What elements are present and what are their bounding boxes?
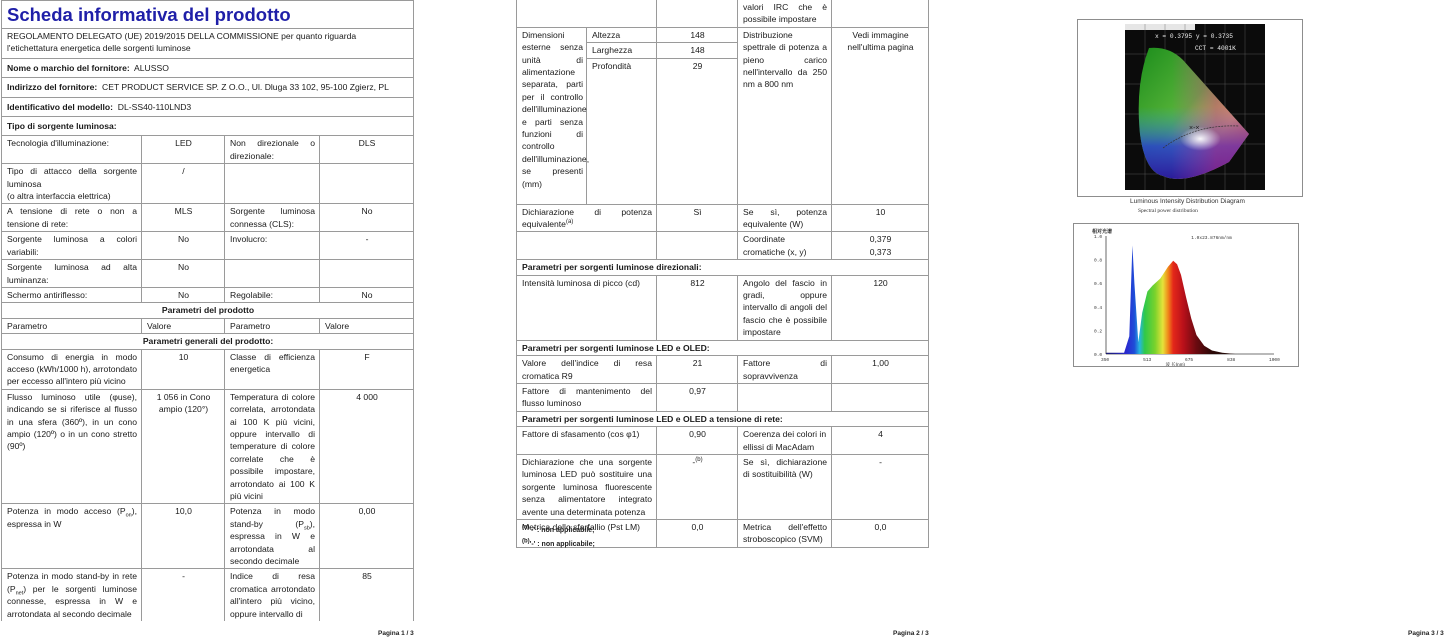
figure-caption: Spectral power distribution [1138, 208, 1198, 214]
general-params-header: Parametri generali del prodotto: [2, 334, 414, 349]
col-header: Parametro [2, 318, 142, 333]
supplier-name: ALUSSO [134, 63, 169, 73]
table-row: Tipo di attacco della sorgente luminosa … [2, 164, 414, 204]
svg-text:0.6: 0.6 [1094, 281, 1102, 287]
cie-chromaticity-figure: ×‑× x = 0.3795 y = 0.3735 CCT = 4001K [1077, 19, 1303, 197]
product-info-table: Scheda informativa del prodotto REGOLAME… [1, 0, 414, 621]
page-number: Pagina 1 / 3 [378, 630, 414, 637]
table-row: Intensità luminosa di picco (cd) 812 Ang… [517, 275, 929, 340]
led-header: Parametri per sorgenti luminose LED e OL… [517, 340, 929, 355]
footnote-a: (a)'-' : non applicabile; [522, 527, 595, 534]
svg-text:838: 838 [1227, 357, 1235, 363]
product-info-table-continued: valori IRC che è possibile impostare Dim… [516, 0, 929, 548]
supplier-address-row: Indirizzo del fornitore: CET PRODUCT SER… [2, 78, 414, 97]
cie-diagram: ×‑× x = 0.3795 y = 0.3735 CCT = 4001K [1125, 24, 1265, 190]
source-type-header: Tipo di sorgente luminosa: [2, 117, 414, 136]
table-row: Schermo antiriflesso:NoRegolabile:No [2, 287, 414, 302]
svg-text:675: 675 [1185, 357, 1193, 363]
svg-text:350: 350 [1101, 357, 1109, 363]
footnote-b: (b)'-' : non applicabile; [522, 541, 595, 548]
svg-text:波 长(nm): 波 长(nm) [1165, 361, 1185, 366]
product-params-header: Parametri del prodotto [2, 303, 414, 318]
table-row: Coordinate cromatiche (x, y) 0,3790,373 [517, 232, 929, 260]
page-number: Pagina 3 / 3 [1408, 630, 1444, 637]
table-row: Potenza in modo acceso (Pon), espressa i… [2, 504, 414, 569]
svg-text:相对光谱: 相对光谱 [1092, 228, 1112, 235]
table-row: Tecnologia d'illuminazione:LEDNon direzi… [2, 136, 414, 164]
svg-text:0.4: 0.4 [1094, 305, 1102, 311]
table-row: Fattore di sfasamento (cos φ1) 0,90 Coer… [517, 427, 929, 455]
table-row: Consumo di energia in modo acceso (kWh/1… [2, 349, 414, 389]
cie-readout-cct: CCT = 4001K [1195, 45, 1236, 52]
table-row: Fattore di mantenimento del flusso lumin… [517, 383, 929, 411]
table-row: Sorgente luminosa a colori variabili:NoI… [2, 232, 414, 260]
table-row: valori IRC che è possibile impostare [517, 0, 929, 27]
supplier-name-row: Nome o marchio del fornitore: ALUSSO [2, 58, 414, 77]
table-row: Flusso luminoso utile (φuse), indicando … [2, 389, 414, 504]
svg-text:0.2: 0.2 [1094, 328, 1102, 334]
table-row: Sorgente luminosa ad alta luminanza:No [2, 260, 414, 288]
page-1: Scheda informativa del prodotto REGOLAME… [1, 0, 414, 621]
figure-caption: Luminous Intensity Distribution Diagram [1130, 198, 1245, 205]
mains-header: Parametri per sorgenti luminose LED e OL… [517, 411, 929, 426]
model-id: DL-SS40-110LND3 [118, 102, 191, 112]
page-number: Pagina 2 / 3 [893, 630, 929, 637]
directional-header: Parametri per sorgenti luminose direzion… [517, 260, 929, 275]
col-header: Parametro [225, 318, 320, 333]
spectral-distribution-figure: 35051367583810000.00.20.40.60.81.0相对光谱波 … [1073, 223, 1299, 367]
page-2: valori IRC che è possibile impostare Dim… [516, 0, 929, 548]
cie-readout-xy: x = 0.3795 y = 0.3735 [1155, 33, 1233, 40]
chroma-y: 0,373 [837, 246, 924, 258]
chroma-x: 0,379 [837, 233, 924, 245]
spectral-power-chart: 35051367583810000.00.20.40.60.81.0相对光谱波 … [1074, 224, 1298, 366]
table-row: Dichiarazione che una sorgente luminosa … [517, 454, 929, 519]
svg-text:0.8: 0.8 [1094, 258, 1102, 264]
table-row: Potenza in modo stand-by in rete (Pnet) … [2, 569, 414, 621]
table-row: A tensione di rete o non a tensione di r… [2, 204, 414, 232]
col-header: Valore [142, 318, 225, 333]
dimensions-row: Dimensioni esterne senza unità di alimen… [517, 27, 929, 42]
table-row: Valore dell'indice di resa cromatica R9 … [517, 356, 929, 384]
col-header: Valore [320, 318, 414, 333]
table-row: Dichiarazione di potenza equivalente(a) … [517, 204, 929, 232]
svg-text:1000: 1000 [1269, 357, 1280, 363]
supplier-address: CET PRODUCT SERVICE SP. Z O.O., Ul. Dlug… [102, 82, 389, 92]
model-row: Identificativo del modello: DL-SS40-110L… [2, 97, 414, 116]
svg-text:0.0: 0.0 [1094, 352, 1102, 358]
regulation-text: REGOLAMENTO DELEGATO (UE) 2019/2015 DELL… [2, 29, 414, 59]
svg-text:×‑×: ×‑× [1189, 125, 1200, 132]
page-title: Scheda informativa del prodotto [2, 1, 414, 29]
svg-text:513: 513 [1143, 357, 1151, 363]
svg-text:1.0x23.876nm/nm: 1.0x23.876nm/nm [1191, 235, 1232, 241]
